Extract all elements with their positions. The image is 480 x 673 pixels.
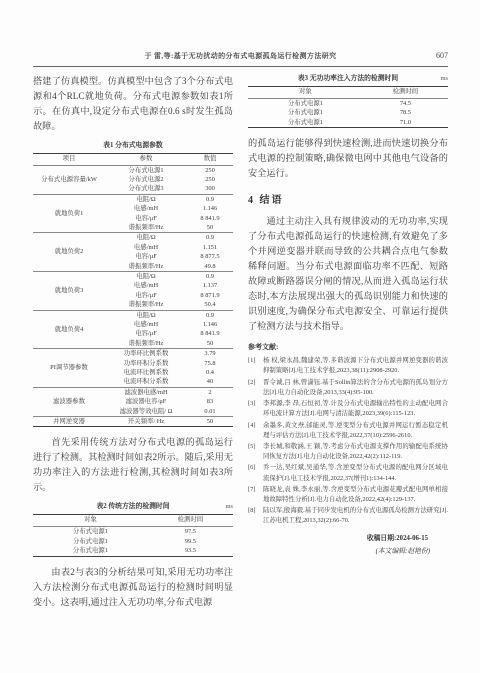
table1-value-cell: 8 871.9 [187, 291, 233, 300]
table1-param-cell: 电容/μF [105, 214, 187, 223]
reference-item: [3] 李邦源,李 昂,石恒初,等.计及分布式电源输出特性的主动配电网合环电流计… [248, 399, 448, 419]
table1-param-cell: 功率环比例系数 [105, 349, 187, 359]
reference-label: [3] [248, 399, 263, 419]
table1-param-cell: 电感/mH [105, 243, 187, 252]
table-row: PI调节器参数 功率环比例系数 3.79 [33, 349, 233, 359]
table1-param-cell: 电阻/Ω [105, 194, 187, 204]
table2-wrap: 对象 检测时间 分布式电源1 97.5 分布式电源1 99.5 分布式电源1 [33, 514, 233, 556]
section-heading-conclusion: 4 结语 [248, 191, 448, 206]
table1-value-cell: 49.8 [187, 262, 233, 272]
table2-unit-label: ms [226, 502, 233, 511]
reference-item: [1] 杨 权,梁永昌,魏建荣,等.多谐波源下分布式电源并网逆变器的谐波抑制策略… [248, 356, 448, 376]
left-column: 搭建了仿真模型。仿真模型中包含了3个分布式电源和4个RLC就地负荷。分布式电源参… [33, 74, 233, 610]
paragraph-methods: 首先采用传统方法对分布式电源的孤岛运行进行了检测。其检测时间如表2所示。随后,采… [33, 435, 233, 495]
table1-value-cell: 50 [187, 339, 233, 349]
table1-param-cell: 电阻/Ω [105, 310, 187, 320]
table2-caption-text: 表2 传统方法的检测时间 [96, 503, 169, 510]
table3-object-cell: 分布式电源1 [248, 108, 363, 118]
table3-time-cell: 78.5 [363, 108, 448, 118]
table3-wrap: 对象 检测时间 分布式电源1 74.5 分布式电源1 78.5 分布式电源1 [248, 86, 448, 128]
table1-value-cell: 8 841.9 [187, 214, 233, 223]
table1-header-param: 参数 [105, 154, 187, 166]
table1-param-cell: 开关频率/ Hz [105, 417, 187, 427]
table2-object-cell: 分布式电源1 [33, 546, 148, 556]
table-row: 分布式电源1 74.5 [248, 98, 448, 108]
table-row: 就地负荷4 电阻/Ω 0.9 [33, 310, 233, 320]
table1-param-cell: 电容/μF [105, 329, 187, 338]
table3-time-cell: 71.0 [363, 118, 448, 128]
reference-label: [4] [248, 421, 263, 441]
reference-text: 陈晓龙,袁 姝,李永丽,等.含逆变型分布式电源花瓣式配电网单相接地故障特性分析[… [263, 485, 448, 505]
table1-value-cell: 3.79 [187, 349, 233, 359]
table1-param-cell: 电阻/Ω [105, 271, 187, 281]
received-date: 收稿日期:2024-06-15 [248, 532, 448, 542]
paragraph-continuation: 的孤岛运行能够得到快速检测,进而快速切换分布式电源的控制策略,确保微电网中其他电… [248, 136, 448, 181]
header-divider [33, 66, 448, 67]
table2-header-row: 对象 检测时间 [33, 515, 233, 527]
table1-caption-text: 表1 分布式电源参数 [103, 142, 162, 149]
table1-param-cell: 电感/mH [105, 281, 187, 290]
table2-header-object: 对象 [33, 515, 148, 527]
table1-value-cell: 0.9 [187, 194, 233, 204]
table1-value-cell: 0.9 [187, 271, 233, 281]
table1-value-cell: 250 [187, 165, 233, 175]
table1-value-cell: 2 [187, 387, 233, 397]
paragraph-comparison: 由表2与表3的分析结果可知,采用无功功率注入方法检测分布式电源孤岛运行的检测时间… [33, 565, 233, 610]
reference-text: 杨 权,梁永昌,魏建荣,等.多谐波源下分布式电源并网逆变器的谐波抑制策略[J].… [263, 356, 448, 376]
table-row: 就地负荷1 电阻/Ω 0.9 [33, 194, 233, 204]
table2-caption: 表2 传统方法的检测时间 ms [33, 502, 233, 511]
reference-text: 李邦源,李 昂,石恒初,等.计及分布式电源输出特性的主动配电网合环电流计算方法[… [263, 399, 448, 419]
table1-item-cell: 滤波器参数 [33, 387, 105, 416]
table1-value-cell: 83 [187, 397, 233, 406]
table1-param-cell: 谐振频率/Hz [105, 300, 187, 310]
table1-value-cell: 8 841.9 [187, 329, 233, 338]
table1-header-value: 数值 [187, 154, 233, 166]
table3-header-object: 对象 [248, 87, 363, 99]
table2-object-cell: 分布式电源1 [33, 537, 148, 547]
table2-time-cell: 97.5 [148, 526, 233, 536]
reference-text: 晋令诚,吕 林,曾潇钰.基于Sollin算法的含分布式电源的孤岛划分方法[J].… [263, 378, 448, 398]
table1-item-cell: 就地负荷1 [33, 194, 105, 233]
table3-caption: 表3 无功功率注入方法的检测时间 ms [248, 74, 448, 83]
table2-object-cell: 分布式电源1 [33, 526, 148, 536]
table3-object-cell: 分布式电源1 [248, 118, 363, 128]
table1-value-cell: 1.146 [187, 320, 233, 329]
table-row: 就地负荷2 电阻/Ω 0.9 [33, 233, 233, 243]
table2-time-cell: 93.5 [148, 546, 233, 556]
table3-caption-text: 表3 无功功率注入方法的检测时间 [298, 75, 398, 82]
table1-value-cell: 40 [187, 377, 233, 387]
table1-param-cell: 电容/μF [105, 252, 187, 261]
table1-value-cell: 0.01 [187, 407, 233, 417]
page-number: 607 [436, 51, 448, 60]
table1-param-cell: 功率环积分系数 [105, 359, 187, 368]
table1-param-cell: 滤波器电容/μF [105, 397, 187, 406]
table1-value-cell: 0.9 [187, 233, 233, 243]
table1-param-cell: 电流环积分系数 [105, 377, 187, 387]
table3-header-time: 检测时间 [363, 87, 448, 99]
table1-item-cell: 就地负荷3 [33, 271, 105, 310]
table1-item-cell: 并网逆变器 [33, 417, 105, 427]
table1-value-cell: 50 [187, 417, 233, 427]
reference-text: 陆以军,殷海毅.基于同步发电机的分布式电源孤岛检测方法研究[J].江苏电机工程,… [263, 506, 448, 526]
paragraph-simulation: 搭建了仿真模型。仿真模型中包含了3个分布式电源和4个RLC就地负荷。分布式电源参… [33, 74, 233, 134]
reference-label: [5] [248, 442, 263, 462]
editor-note: (本文编辑:赵艳份) [248, 545, 448, 555]
two-column-layout: 搭建了仿真模型。仿真模型中包含了3个分布式电源和4个RLC就地负荷。分布式电源参… [33, 74, 448, 610]
references-heading: 参考文献: [248, 342, 448, 352]
reference-item: [4] 余墨多,黄文焘,邰能灵,等.逆变型分布式电源并网运行暂态稳定机理与评估方… [248, 421, 448, 441]
table2-header-time: 检测时间 [148, 515, 233, 527]
table1-value-cell: 0.4 [187, 368, 233, 377]
table3-unit-label: ms [441, 74, 448, 83]
table1-param-cell: 电阻/Ω [105, 233, 187, 243]
table1-item-cell: 就地负荷2 [33, 233, 105, 272]
reference-label: [1] [248, 356, 263, 376]
table1-param-cell: 滤波器等效电阻/ Ω [105, 407, 187, 417]
table1-header-row: 项目 参数 数值 [33, 154, 233, 166]
table3-time-cell: 74.5 [363, 98, 448, 108]
table1-value-cell: 75.8 [187, 359, 233, 368]
table1-value-cell: 50.4 [187, 300, 233, 310]
paper-page: 于 雷,等:基于无功扰动的分布式电源孤岛运行检测方法研究 607 搭建了仿真模型… [0, 0, 480, 673]
table1-item-cell: 就地负荷4 [33, 310, 105, 349]
table-row: 分布式电源1 78.5 [248, 108, 448, 118]
table-row: 分布式电源1 97.5 [33, 526, 233, 536]
table1-value-cell: 300 [187, 184, 233, 194]
table2-time-cell: 99.5 [148, 537, 233, 547]
reference-text: 李长城,和敬涵,王 颖,等.考虑分布式电源支撑作用的输配电系统协同恢复方法[J]… [263, 442, 448, 462]
reference-label: [2] [248, 378, 263, 398]
table1-item-cell: PI调节器参数 [33, 349, 105, 388]
table1-param-cell: 滤波器电感/mH [105, 387, 187, 397]
reference-item: [5] 李长城,和敬涵,王 颖,等.考虑分布式电源支撑作用的输配电系统协同恢复方… [248, 442, 448, 462]
table1-value-cell: 0.9 [187, 310, 233, 320]
table1-param-cell: 电容/μF [105, 291, 187, 300]
running-title: 于 雷,等:基于无功扰动的分布式电源孤岛运行检测方法研究 [33, 51, 448, 61]
table-3-reactive-injection-detection-time: 对象 检测时间 分布式电源1 74.5 分布式电源1 78.5 分布式电源1 [248, 86, 448, 128]
table1-value-cell: 1.137 [187, 281, 233, 290]
paragraph-conclusion: 通过主动注入具有规律波动的无功功率,实现了分布式电源孤岛运行的快速检测,有效避免… [248, 214, 448, 334]
table1-value-cell: 8 877.5 [187, 252, 233, 261]
table1-param-cell: 谐振频率/Hz [105, 339, 187, 349]
table1-param-cell: 电流环比例系数 [105, 368, 187, 377]
table1-param-cell: 分布式电源2 [105, 175, 187, 184]
reference-item: [8] 陆以军,殷海毅.基于同步发电机的分布式电源孤岛检测方法研究[J].江苏电… [248, 506, 448, 526]
table1-caption: 表1 分布式电源参数 [33, 141, 233, 150]
table1-item-cell: 分布式电源容量/kW [33, 165, 105, 194]
table1-param-cell: 电感/mH [105, 320, 187, 329]
table-row: 分布式电源1 71.0 [248, 118, 448, 128]
table1-value-cell: 50 [187, 223, 233, 233]
table1-wrap: 项目 参数 数值 分布式电源容量/kW 分布式电源1 250 分布式电源2 25… [33, 153, 233, 427]
table1-param-cell: 分布式电源3 [105, 184, 187, 194]
table1-value-cell: 1.146 [187, 204, 233, 213]
reference-label: [6] [248, 463, 263, 483]
table-row: 分布式电源1 93.5 [33, 546, 233, 556]
table1-param-cell: 谐振频率/Hz [105, 262, 187, 272]
table-row: 分布式电源容量/kW 分布式电源1 250 [33, 165, 233, 175]
reference-label: [8] [248, 506, 263, 526]
table3-header-row: 对象 检测时间 [248, 87, 448, 99]
reference-text: 余墨多,黄文焘,邰能灵,等.逆变型分布式电源并网运行暂态稳定机理与评估方法[J]… [263, 421, 448, 441]
reference-text: 乔一达,吴红斌,吴通华,等.含逆变型分布式电源的配电网分区域电流保护[J].电工… [263, 463, 448, 483]
table1-param-cell: 分布式电源1 [105, 165, 187, 175]
table1-param-cell: 电感/mH [105, 204, 187, 213]
table-2-traditional-detection-time: 对象 检测时间 分布式电源1 97.5 分布式电源1 99.5 分布式电源1 [33, 514, 233, 556]
table-row: 就地负荷3 电阻/Ω 0.9 [33, 271, 233, 281]
table1-header-item: 项目 [33, 154, 105, 166]
table-row: 分布式电源1 99.5 [33, 537, 233, 547]
running-head: 于 雷,等:基于无功扰动的分布式电源孤岛运行检测方法研究 607 [33, 51, 448, 63]
reference-item: [6] 乔一达,吴红斌,吴通华,等.含逆变型分布式电源的配电网分区域电流保护[J… [248, 463, 448, 483]
reference-item: [2] 晋令诚,吕 林,曾潇钰.基于Sollin算法的含分布式电源的孤岛划分方法… [248, 378, 448, 398]
reference-item: [7] 陈晓龙,袁 姝,李永丽,等.含逆变型分布式电源花瓣式配电网单相接地故障特… [248, 485, 448, 505]
table-row: 并网逆变器 开关频率/ Hz 50 [33, 417, 233, 427]
table3-object-cell: 分布式电源1 [248, 98, 363, 108]
reference-label: [7] [248, 485, 263, 505]
table1-value-cell: 1.151 [187, 243, 233, 252]
table1-value-cell: 250 [187, 175, 233, 184]
table1-param-cell: 谐振频率/Hz [105, 223, 187, 233]
table-row: 滤波器参数 滤波器电感/mH 2 [33, 387, 233, 397]
table-1-dg-parameters: 项目 参数 数值 分布式电源容量/kW 分布式电源1 250 分布式电源2 25… [33, 153, 233, 427]
right-column: 表3 无功功率注入方法的检测时间 ms 对象 检测时间 分布式电源1 74.5 [248, 74, 448, 610]
